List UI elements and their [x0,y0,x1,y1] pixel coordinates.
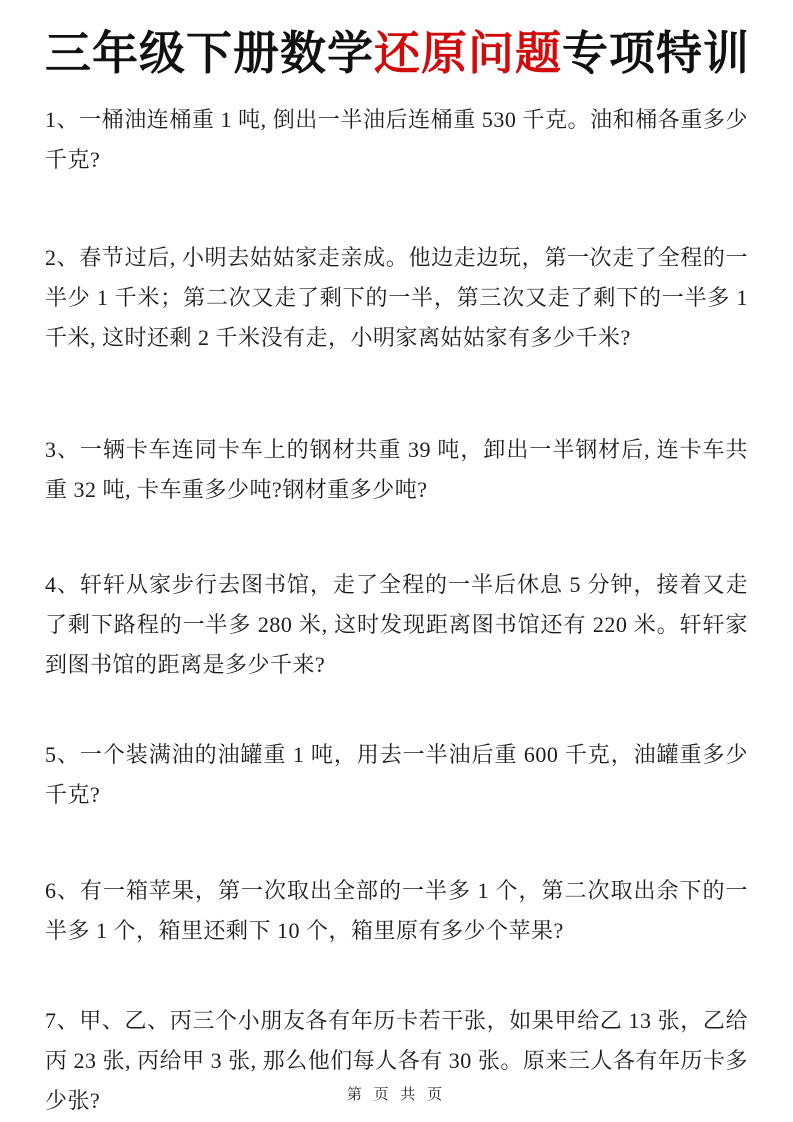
page-title-highlight: 还原问题 [374,28,562,79]
page-title-suffix: 专项特训 [562,28,750,79]
problem-4: 4、轩轩从家步行去图书馆，走了全程的一半后休息 5 分钟，接着又走了剩下路程的一… [45,565,748,685]
problem-3: 3、一辆卡车连同卡车上的钢材共重 39 吨，卸出一半钢材后, 连卡车共重 32 … [45,430,748,510]
page-title: 三年级下册数学还原问题专项特训 [45,24,748,84]
page-title-prefix: 三年级下册数学 [45,28,374,79]
worksheet-page: 三年级下册数学还原问题专项特训 1、一桶油连桶重 1 吨, 倒出一半油后连桶重 … [0,0,793,1122]
page-footer: 第 页 共 页 [0,1083,793,1104]
problem-6: 6、有一箱苹果，第一次取出全部的一半多 1 个，第二次取出余下的一半多 1 个，… [45,871,748,951]
problem-1: 1、一桶油连桶重 1 吨, 倒出一半油后连桶重 530 千克。油和桶各重多少千克… [45,100,748,180]
problem-5: 5、一个装满油的油罐重 1 吨，用去一半油后重 600 千克，油罐重多少千克? [45,735,748,815]
problem-2: 2、春节过后, 小明去姑姑家走亲成。他边走边玩，第一次走了全程的一半少 1 千米… [45,238,748,358]
